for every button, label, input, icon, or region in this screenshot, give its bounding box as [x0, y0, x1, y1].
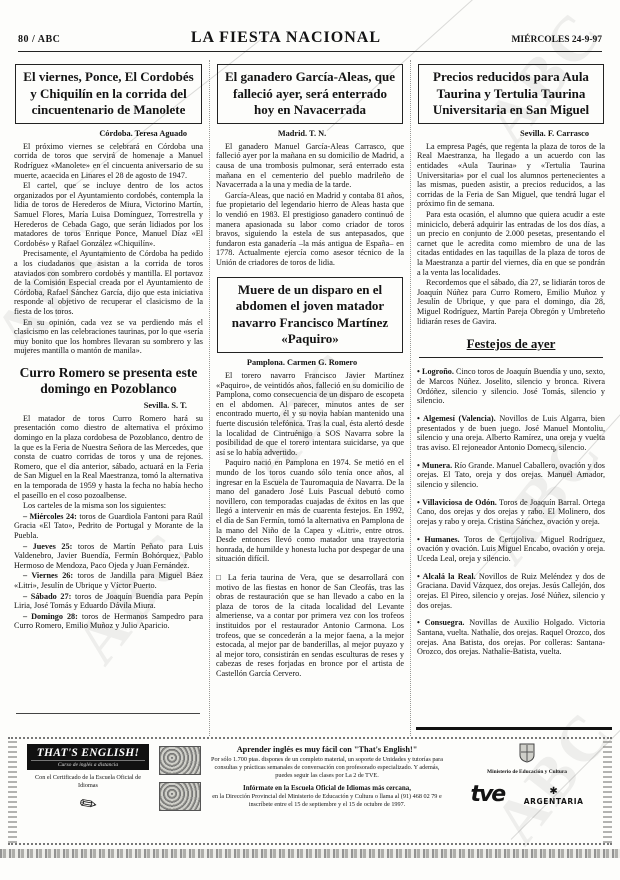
ad-brand-name: THAT'S ENGLISH! — [31, 747, 145, 759]
festejo-item: • Alcalá la Real. Novillos de Ruiz Melén… — [417, 572, 605, 611]
newspaper-page: ABC ABC ABC ABC ABC ABC 80 / ABC LA FIES… — [0, 0, 620, 880]
ad-photo-strip — [159, 739, 205, 843]
article-headline: Curro Romero se presenta este domingo en… — [17, 365, 200, 398]
column-1: El viernes, Ponce, El Cordobés y Chiquil… — [8, 60, 209, 736]
column1-end-rule — [16, 713, 200, 714]
article-paragraph: El próximo viernes se celebrará en Córdo… — [14, 142, 203, 180]
article-paquiro: Muere de un disparo en el abdomen el jov… — [216, 277, 404, 679]
section-title: LA FIESTA NACIONAL — [191, 29, 381, 47]
article-garcia-aleas: El ganadero García-Aleas, que falleció a… — [216, 64, 404, 268]
ministry-crest-icon — [518, 743, 536, 768]
festejo-place: • Alcalá la Real. — [417, 572, 476, 581]
ad-photo — [159, 746, 201, 775]
article-headline: El ganadero García-Aleas, que falleció a… — [217, 64, 403, 124]
ministry-name: Ministerio de Educación y Cultura — [472, 769, 582, 775]
cartel-day: – Viernes 26: — [23, 571, 73, 580]
cartel-item: – Jueves 25: toros de Martín Peñato para… — [14, 542, 203, 571]
festejo-item: • Consuegra. Novillas de Auxilio Holgado… — [417, 618, 605, 657]
article-paragraph: En su opinión, cada vez se va perdiendo … — [14, 318, 203, 356]
article-paragraph: Recordemos que el sábado, día 27, se lid… — [417, 278, 605, 326]
ad-ornate-border-left — [8, 739, 17, 843]
ad-headline: Aprender inglés es muy fácil con "That's… — [209, 745, 445, 754]
festejo-place: • Munera. — [417, 461, 452, 470]
article-headline: Precios reducidos para Aula Taurina y Te… — [418, 64, 604, 124]
article-byline: Córdoba. Teresa Aguado — [14, 129, 203, 138]
footer-microprint-strip — [0, 849, 620, 858]
column-2: El ganadero García-Aleas, que falleció a… — [209, 60, 410, 736]
logo-row: tve ✱ ARGENTARIA — [451, 784, 603, 806]
ad-photo — [159, 782, 201, 811]
festejos-title: Festejos de ayer — [419, 336, 603, 358]
cartel-item: – Domingo 28: toros de Hermanos Sampedro… — [14, 612, 203, 631]
article-headline: El viernes, Ponce, El Cordobés y Chiquil… — [15, 64, 202, 124]
article-paragraph: Para esta ocasión, el alumno que quiera … — [417, 210, 605, 277]
ad-brand-subtitle: Curso de inglés a distancia — [31, 760, 145, 768]
article-byline: Madrid. T. N. — [216, 129, 404, 138]
ad-cta-detail: en la Dirección Provincial del Ministeri… — [209, 793, 445, 809]
cartel-item: – Sábado 27: toros de Joaquín Buendía pa… — [14, 592, 203, 611]
article-paragraph: García-Aleas, que nació en Madrid y cont… — [216, 191, 404, 268]
festejo-item: • Logroño. Cinco toros de Joaquín Buendí… — [417, 367, 605, 406]
article-paragraph: Paquiro nació en Pamplona en 1974. Se me… — [216, 458, 404, 564]
news-brief: □ La feria taurina de Vera, que se desar… — [216, 573, 404, 679]
festejo-item: • Humanes. Toros de Certijoliva. Miguel … — [417, 535, 605, 564]
article-paragraph: El ganadero Manuel García-Aleas Carrasco… — [216, 142, 404, 190]
article-byline: Sevilla. S. T. — [14, 401, 203, 410]
festejo-place: • Consuegra. — [417, 618, 464, 627]
festejo-place: • Villaviciosa de Odón. — [417, 498, 497, 507]
article-manolete: El viernes, Ponce, El Cordobés y Chiquil… — [14, 64, 203, 356]
article-paragraph: El matador de toros Curro Romero hará su… — [14, 414, 203, 500]
pencil-icon: ✎ — [74, 789, 101, 818]
ad-body-text: Por sólo 1.700 ptas. dispones de un comp… — [209, 756, 445, 780]
ad-cta-line: Infórmate en la Escuela Oficial de Idiom… — [209, 784, 445, 792]
article-paragraph: El cartel, que se incluye dentro de los … — [14, 181, 203, 248]
article-byline: Sevilla. F. Carrasco — [417, 129, 605, 138]
cartel-day: – Domingo 28: — [23, 612, 78, 621]
argentaria-logo: ✱ ARGENTARIA — [524, 787, 584, 806]
article-byline: Pamplona. Carmen G. Romero — [216, 358, 404, 367]
argentaria-mark-icon: ✱ — [524, 787, 584, 797]
festejo-place: • Logroño. — [417, 367, 454, 376]
page-header: 80 / ABC LA FIESTA NACIONAL MIÉRCOLES 24… — [18, 29, 602, 52]
cartel-day: – Sábado 27: — [23, 592, 71, 601]
article-headline: Muere de un disparo en el abdomen el jov… — [217, 277, 403, 354]
tve-logo: tve — [470, 784, 504, 806]
article-paragraph: Precisamente, el Ayuntamiento de Córdoba… — [14, 249, 203, 316]
ad-brand-block: THAT'S ENGLISH! Curso de inglés a distan… — [17, 739, 159, 843]
festejo-place: • Humanes. — [417, 535, 460, 544]
festejo-place: • Algemesí (Valencia). — [417, 414, 496, 423]
ad-sponsor-logos: Ministerio de Educación y Cultura tve ✱ … — [451, 739, 603, 843]
column-3: Precios reducidos para Aula Taurina y Te… — [410, 60, 611, 736]
festejos-section: Festejos de ayer • Logroño. Cinco toros … — [417, 336, 605, 657]
article-paragraph: El torero navarro Francisco Javier Martí… — [216, 371, 404, 457]
thats-english-ad: THAT'S ENGLISH! Curso de inglés a distan… — [8, 737, 612, 845]
issue-date: MIÉRCOLES 24-9-97 — [511, 35, 602, 45]
festejo-item: • Algemesí (Valencia). Novillos de Luis … — [417, 414, 605, 453]
cartel-item: – Viernes 26: toros de Jandilla para Mig… — [14, 571, 203, 590]
article-paragraph: La empresa Pagés, que regenta la plaza d… — [417, 142, 605, 209]
thats-english-logo: THAT'S ENGLISH! Curso de inglés a distan… — [27, 744, 149, 770]
page-content: El viernes, Ponce, El Cordobés y Chiquil… — [8, 60, 612, 736]
cartel-item: – Miércoles 24: toros de Guardiola Fanto… — [14, 512, 203, 541]
cartel-day: – Miércoles 24: — [23, 512, 77, 521]
page-number: 80 / ABC — [18, 34, 60, 45]
argentaria-name: ARGENTARIA — [524, 797, 584, 806]
article-paragraph: Los carteles de la misma son los siguien… — [14, 501, 203, 511]
article-precios-reducidos: Precios reducidos para Aula Taurina y Te… — [417, 64, 605, 326]
cartel-day: – Jueves 25: — [23, 542, 72, 551]
festejo-item: • Munera. Río Grande. Manuel Caballero, … — [417, 461, 605, 490]
ad-ornate-border-right — [603, 739, 612, 843]
festejo-item: • Villaviciosa de Odón. Toros de Joaquín… — [417, 498, 605, 527]
article-curro-romero: Curro Romero se presenta este domingo en… — [14, 365, 203, 631]
column3-end-rule — [416, 727, 612, 730]
ad-copy-block: Aprender inglés es muy fácil con "That's… — [205, 739, 451, 843]
ad-certificate-text: Con el Certificado de la Escuela Oficial… — [21, 774, 155, 790]
